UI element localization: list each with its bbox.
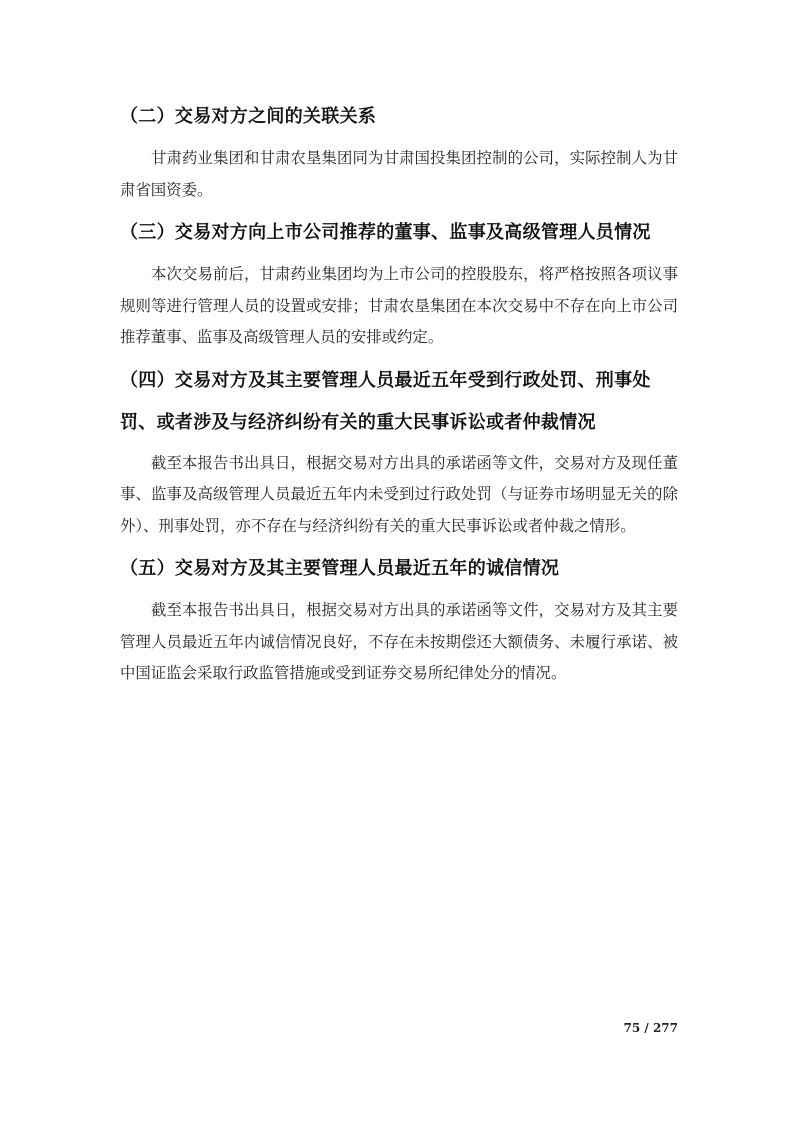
section-related-relationship: （二）交易对方之间的关联关系 甘肃药业集团和甘肃农垦集团同为甘肃国投集团控制的公… — [120, 102, 678, 206]
section-heading: （三）交易对方向上市公司推荐的董事、监事及高级管理人员情况 — [120, 218, 678, 248]
section-paragraph: 截至本报告书出具日，根据交易对方出具的承诺函等文件，交易对方及其主要管理人员最近… — [120, 595, 678, 690]
section-integrity: （五）交易对方及其主要管理人员最近五年的诚信情况 截至本报告书出具日，根据交易对… — [120, 554, 678, 690]
section-heading: （五）交易对方及其主要管理人员最近五年的诚信情况 — [120, 554, 678, 584]
section-penalties-litigation: （四）交易对方及其主要管理人员最近五年受到行政处罚、刑事处罚、或者涉及与经济纠纷… — [120, 360, 678, 543]
page-content: （二）交易对方之间的关联关系 甘肃药业集团和甘肃农垦集团同为甘肃国投集团控制的公… — [120, 102, 678, 702]
section-paragraph: 甘肃药业集团和甘肃农垦集团同为甘肃国投集团控制的公司，实际控制人为甘肃省国资委。 — [120, 143, 678, 206]
section-heading: （二）交易对方之间的关联关系 — [120, 102, 678, 132]
document-page: （二）交易对方之间的关联关系 甘肃药业集团和甘肃农垦集团同为甘肃国投集团控制的公… — [0, 0, 793, 1122]
section-paragraph: 截至本报告书出具日，根据交易对方出具的承诺函等文件，交易对方及现任董事、监事及高… — [120, 448, 678, 543]
section-heading: （四）交易对方及其主要管理人员最近五年受到行政处罚、刑事处罚、或者涉及与经济纠纷… — [120, 360, 678, 444]
section-paragraph: 本次交易前后，甘肃药业集团均为上市公司的控股股东，将严格按照各项议事规则等进行管… — [120, 259, 678, 354]
section-recommended-directors: （三）交易对方向上市公司推荐的董事、监事及高级管理人员情况 本次交易前后，甘肃药… — [120, 218, 678, 354]
page-number: 75 / 277 — [600, 1021, 678, 1035]
